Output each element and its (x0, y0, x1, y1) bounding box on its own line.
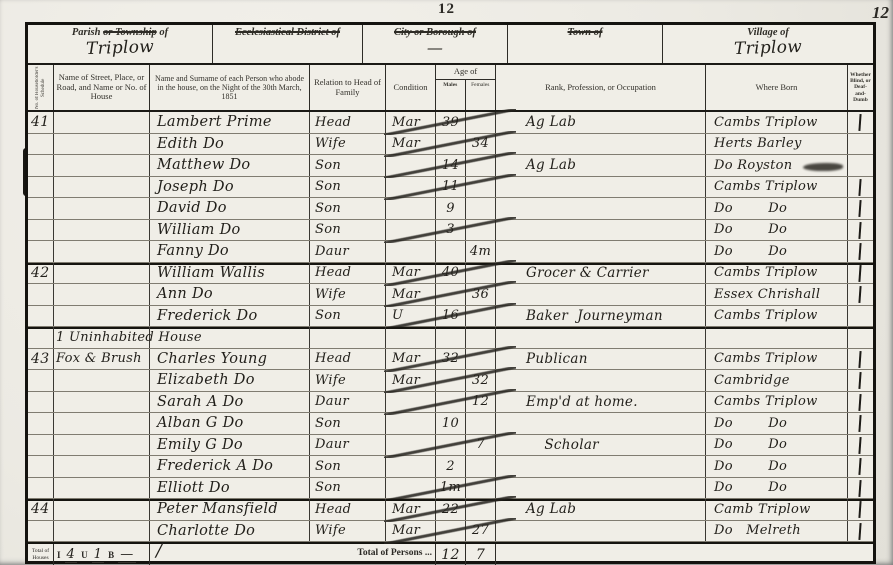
page-number-top: 12 (438, 1, 455, 18)
uninhabited-total: 1 (92, 547, 105, 563)
condition: Mar (386, 521, 436, 542)
age-female (466, 220, 496, 241)
blind-deaf-mark (848, 284, 873, 305)
person-name: Elliott Do (150, 478, 310, 499)
col-header-street: Name of Street, Place, or Road, and Name… (54, 65, 150, 110)
where-born: Cambs Triplow (706, 177, 848, 198)
relation-to-head: Wife (310, 284, 386, 305)
condition: Mar (386, 112, 436, 133)
schedule-number (28, 284, 54, 305)
building-total: — (118, 547, 135, 563)
blind-deaf-mark (848, 241, 873, 262)
blind-deaf-mark (848, 392, 873, 413)
street-or-house (54, 392, 150, 413)
schedule-number (28, 413, 54, 434)
village-box: Village of Triplow (663, 25, 873, 63)
where-born: Do Melreth (706, 521, 848, 542)
blind-deaf-mark (848, 306, 873, 327)
census-row: Joseph Do Son 11 Cambs Triplow (28, 177, 873, 199)
females-total: 7 (466, 544, 496, 565)
blind-deaf-mark (848, 263, 873, 284)
ecclesiastical-label: Ecclesiastical District of (235, 27, 340, 38)
age-female: 4m (466, 241, 496, 262)
condition (386, 241, 436, 262)
person-name: Charles Young (150, 349, 310, 370)
schedule-header-text: No. of Householder's Schedule (35, 66, 47, 109)
person-name: William Do (150, 220, 310, 241)
where-born: Cambs Triplow (706, 112, 848, 133)
street-or-house (54, 306, 150, 327)
age-female: 7 (466, 435, 496, 456)
occupation (496, 521, 706, 542)
blind-deaf-mark (848, 499, 873, 520)
occupation (496, 220, 706, 241)
parish-label-post: of (159, 27, 168, 38)
town-box: Town of (508, 25, 663, 63)
parish-value: Triplow (86, 37, 155, 59)
census-row: Elizabeth Do Wife Mar 32 Cambridge (28, 370, 873, 392)
condition: Mar (386, 284, 436, 305)
schedule-number (28, 327, 54, 348)
schedule-number (28, 478, 54, 499)
condition (386, 413, 436, 434)
census-row: Ann Do Wife Mar 36 Essex Chrishall (28, 284, 873, 306)
blind-deaf-mark (848, 327, 873, 348)
age-females-label: Females (466, 80, 496, 110)
schedule-number (28, 456, 54, 477)
relation-to-head: Wife (310, 134, 386, 155)
relation-to-head: Daur (310, 241, 386, 262)
relation-to-head: Daur (310, 392, 386, 413)
census-row: Fanny Do Daur 4m Do Do (28, 241, 873, 263)
ecclesiastical-box: Ecclesiastical District of (213, 25, 363, 63)
where-born: Camb Triplow (706, 499, 848, 520)
relation-to-head: Son (310, 478, 386, 499)
person-name: Ann Do (150, 284, 310, 305)
relation-to-head: Son (310, 177, 386, 198)
age-males-label: Males (436, 80, 466, 110)
schedule-number: 41 (28, 112, 54, 133)
houses-totals: I4 U1 B— (54, 544, 150, 565)
street-or-house (54, 241, 150, 262)
person-name: Frederick Do (150, 306, 310, 327)
person-name: Matthew Do (150, 155, 310, 176)
check-slash-mark: / (156, 540, 162, 561)
where-born: Herts Barley (706, 134, 848, 155)
census-row: Emily G Do Daur 7 Scholar Do Do (28, 435, 873, 457)
occupation: Ag Lab (496, 499, 706, 520)
total-of-persons-label: Total of Persons ... (357, 548, 432, 558)
street-or-house (54, 435, 150, 456)
census-row: 43 Fox & Brush Charles Young Head Mar 32… (28, 349, 873, 371)
blind-deaf-mark (848, 112, 873, 133)
age-male: 9 (436, 198, 466, 219)
age-female: 34 (466, 134, 496, 155)
person-name: Frederick A Do (150, 456, 310, 477)
inhabited-total: 4 (65, 547, 78, 563)
blind-deaf-mark (848, 155, 873, 176)
schedule-number (28, 435, 54, 456)
age-male: 40 (436, 263, 466, 284)
age-female (466, 413, 496, 434)
condition (386, 220, 436, 241)
males-total: 12 (436, 544, 466, 565)
person-name: Emily G Do (150, 435, 310, 456)
district-header-band: Parish or Township of Triplow Ecclesiast… (28, 25, 873, 65)
city-borough-label: City or Borough of (394, 27, 476, 38)
census-row: 42 William Wallis Head Mar 40 Grocer & C… (28, 263, 873, 285)
age-male (436, 134, 466, 155)
age-male: 3 (436, 220, 466, 241)
relation-to-head: Head (310, 349, 386, 370)
blind-deaf-mark (848, 456, 873, 477)
where-born: Do Do (706, 241, 848, 262)
relation-to-head (310, 327, 386, 348)
village-value: Triplow (734, 37, 803, 59)
census-row: William Do Son 3 Do Do (28, 220, 873, 242)
person-name: Joseph Do (150, 177, 310, 198)
relation-to-head: Son (310, 456, 386, 477)
where-born: Cambridge (706, 370, 848, 391)
schedule-number: 42 (28, 263, 54, 284)
person-name: Elizabeth Do (150, 370, 310, 391)
occupation (496, 284, 706, 305)
condition (386, 456, 436, 477)
occupation (496, 370, 706, 391)
age-male: 22 (436, 499, 466, 520)
age-female (466, 327, 496, 348)
where-born: Cambs Triplow (706, 349, 848, 370)
relation-to-head: Son (310, 413, 386, 434)
schedule-number (28, 177, 54, 198)
occupation (496, 198, 706, 219)
uninhabited-label: U (81, 550, 88, 560)
age-male (436, 392, 466, 413)
age-female (466, 155, 496, 176)
city-borough-box: City or Borough of — (363, 25, 508, 63)
relation-to-head: Head (310, 499, 386, 520)
occupation (496, 413, 706, 434)
age-male (436, 241, 466, 262)
person-name: Peter Mansfield (150, 499, 310, 520)
col-header-where-born: Where Born (706, 65, 848, 110)
blind-deaf-mark (848, 413, 873, 434)
where-born: Cambs Triplow (706, 263, 848, 284)
street-or-house (54, 198, 150, 219)
total-of-persons-cell: / Total of Persons ... (150, 544, 436, 565)
age-of-label: Age of (436, 65, 495, 80)
occupation (496, 134, 706, 155)
street-or-house (54, 134, 150, 155)
col-header-condition: Condition (386, 65, 436, 110)
age-female (466, 112, 496, 133)
parish-box: Parish or Township of Triplow (28, 25, 213, 63)
street-or-house (54, 177, 150, 198)
condition (386, 435, 436, 456)
col-header-occupation: Rank, Profession, or Occupation (496, 65, 706, 110)
person-name: Fanny Do (150, 241, 310, 262)
age-male: 10 (436, 413, 466, 434)
age-female: 27 (466, 521, 496, 542)
age-male (436, 370, 466, 391)
condition: U (386, 306, 436, 327)
occupation (496, 456, 706, 477)
relation-to-head: Wife (310, 370, 386, 391)
footer-empty-area (496, 544, 873, 565)
occupation (496, 478, 706, 499)
where-born: Do Do (706, 198, 848, 219)
age-female (466, 499, 496, 520)
street-or-house (54, 456, 150, 477)
age-female (466, 198, 496, 219)
relation-to-head: Head (310, 263, 386, 284)
blind-deaf-mark (848, 521, 873, 542)
age-female (466, 306, 496, 327)
person-name: Edith Do (150, 134, 310, 155)
age-male (436, 521, 466, 542)
relation-to-head: Head (310, 112, 386, 133)
schedule-number: 43 (28, 349, 54, 370)
schedule-number (28, 220, 54, 241)
condition (386, 392, 436, 413)
census-row: Sarah A Do Daur 12 Emp'd at home. Cambs … (28, 392, 873, 414)
age-male: 11 (436, 177, 466, 198)
schedule-number (28, 370, 54, 391)
street-or-house (54, 478, 150, 499)
condition: Mar (386, 349, 436, 370)
city-borough-value: — (427, 38, 443, 57)
relation-to-head: Son (310, 198, 386, 219)
schedule-number (28, 198, 54, 219)
street-or-house (54, 112, 150, 133)
blind-deaf-mark (848, 220, 873, 241)
age-male: 1m (436, 478, 466, 499)
age-male (436, 284, 466, 305)
occupation: Ag Lab (496, 155, 706, 176)
totals-footer: Total of Houses I4 U1 B— / Total of Pers… (28, 542, 873, 565)
age-male: 39 (436, 112, 466, 133)
condition (386, 198, 436, 219)
street-or-house (54, 284, 150, 305)
page-number-corner: 12 (872, 3, 889, 23)
street-or-house: Fox & Brush (54, 349, 150, 370)
relation-to-head: Son (310, 155, 386, 176)
occupation: Publican (496, 349, 706, 370)
census-row: David Do Son 9 Do Do (28, 198, 873, 220)
age-female: 12 (466, 392, 496, 413)
occupation (496, 177, 706, 198)
condition (386, 478, 436, 499)
census-form: Parish or Township of Triplow Ecclesiast… (25, 22, 876, 564)
census-row: Charlotte Do Wife Mar 27 Do Melreth (28, 521, 873, 543)
census-row: Frederick Do Son U 16 Baker Journeyman C… (28, 306, 873, 328)
occupation (496, 327, 706, 348)
parish-label-pre: Parish (72, 27, 101, 38)
age-male: 16 (436, 306, 466, 327)
col-header-relation: Relation to Head of Family (310, 65, 386, 110)
condition (386, 327, 436, 348)
street-or-house (54, 155, 150, 176)
age-female (466, 263, 496, 284)
occupation: Emp'd at home. (496, 392, 706, 413)
census-row: 1 Uninhabited House (28, 327, 873, 349)
town-label: Town of (568, 27, 603, 38)
census-row: Edith Do Wife Mar 34 Herts Barley (28, 134, 873, 156)
column-header-band: No. of Householder's Schedule Name of St… (28, 65, 873, 112)
person-name: Alban G Do (150, 413, 310, 434)
age-female (466, 177, 496, 198)
schedule-number (28, 134, 54, 155)
schedule-number (28, 306, 54, 327)
occupation: Grocer & Carrier (496, 263, 706, 284)
where-born: Do Do (706, 220, 848, 241)
age-female: 36 (466, 284, 496, 305)
col-header-age: Age of Males Females (436, 65, 496, 110)
relation-to-head: Son (310, 220, 386, 241)
person-name: William Wallis (150, 263, 310, 284)
census-scan-page: 12 12 Parish or Township of Triplow Eccl… (0, 0, 893, 565)
condition: Mar (386, 370, 436, 391)
blind-deaf-mark (848, 478, 873, 499)
age-female (466, 349, 496, 370)
condition (386, 177, 436, 198)
person-name: Charlotte Do (150, 521, 310, 542)
street-or-house (54, 499, 150, 520)
blind-deaf-mark (848, 177, 873, 198)
where-born: Do Do (706, 456, 848, 477)
blind-deaf-mark (848, 134, 873, 155)
blind-deaf-mark (848, 435, 873, 456)
census-row: Frederick A Do Son 2 Do Do (28, 456, 873, 478)
age-male: 32 (436, 349, 466, 370)
where-born: Essex Chrishall (706, 284, 848, 305)
col-header-schedule: No. of Householder's Schedule (28, 65, 54, 110)
age-male: 2 (436, 456, 466, 477)
schedule-number (28, 392, 54, 413)
street-or-house (54, 220, 150, 241)
total-of-houses-label: Total of Houses (28, 544, 54, 565)
age-male (436, 435, 466, 456)
where-born (706, 327, 848, 348)
relation-to-head: Wife (310, 521, 386, 542)
blind-deaf-mark (848, 370, 873, 391)
col-header-blind-deaf: Whether Blind, or Deaf-and-Dumb (848, 65, 873, 110)
where-born: Cambs Triplow (706, 392, 848, 413)
relation-to-head: Daur (310, 435, 386, 456)
condition: Mar (386, 499, 436, 520)
col-header-name: Name and Surname of each Person who abod… (150, 65, 310, 110)
age-female (466, 478, 496, 499)
where-born: Do Do (706, 478, 848, 499)
occupation (496, 241, 706, 262)
schedule-number (28, 241, 54, 262)
building-label: B (108, 550, 114, 560)
blind-deaf-mark (848, 349, 873, 370)
age-subheaders: Males Females (436, 80, 495, 110)
where-born: Do Royston (706, 155, 848, 176)
schedule-number: 44 (28, 499, 54, 520)
where-born: Cambs Triplow (706, 306, 848, 327)
relation-to-head: Son (310, 306, 386, 327)
census-row: Elliott Do Son 1m Do Do (28, 478, 873, 500)
street-or-house: 1 Uninhabited House (54, 327, 150, 348)
condition: Mar (386, 263, 436, 284)
village-label: Village of (747, 27, 789, 38)
age-female: 32 (466, 370, 496, 391)
condition: Mar (386, 134, 436, 155)
blind-deaf-mark (848, 198, 873, 219)
age-female (466, 456, 496, 477)
street-or-house (54, 521, 150, 542)
street-or-house (54, 370, 150, 391)
schedule-number (28, 521, 54, 542)
census-row: 41 Lambert Prime Head Mar 39 Ag Lab Camb… (28, 112, 873, 134)
where-born: Do Do (706, 413, 848, 434)
census-row: Alban G Do Son 10 Do Do (28, 413, 873, 435)
occupation: Scholar (496, 435, 706, 456)
person-name: Lambert Prime (150, 112, 310, 133)
age-male (436, 327, 466, 348)
condition (386, 155, 436, 176)
person-name: Sarah A Do (150, 392, 310, 413)
age-male: 14 (436, 155, 466, 176)
street-or-house (54, 263, 150, 284)
census-body: 41 Lambert Prime Head Mar 39 Ag Lab Camb… (28, 112, 873, 542)
where-born: Do Do (706, 435, 848, 456)
occupation: Baker Journeyman (496, 306, 706, 327)
person-name: David Do (150, 198, 310, 219)
inhabited-label: I (57, 550, 61, 560)
census-row: 44 Peter Mansfield Head Mar 22 Ag Lab Ca… (28, 499, 873, 521)
occupation: Ag Lab (496, 112, 706, 133)
schedule-number (28, 155, 54, 176)
census-row: Matthew Do Son 14 Ag Lab Do Royston (28, 155, 873, 177)
street-or-house (54, 413, 150, 434)
